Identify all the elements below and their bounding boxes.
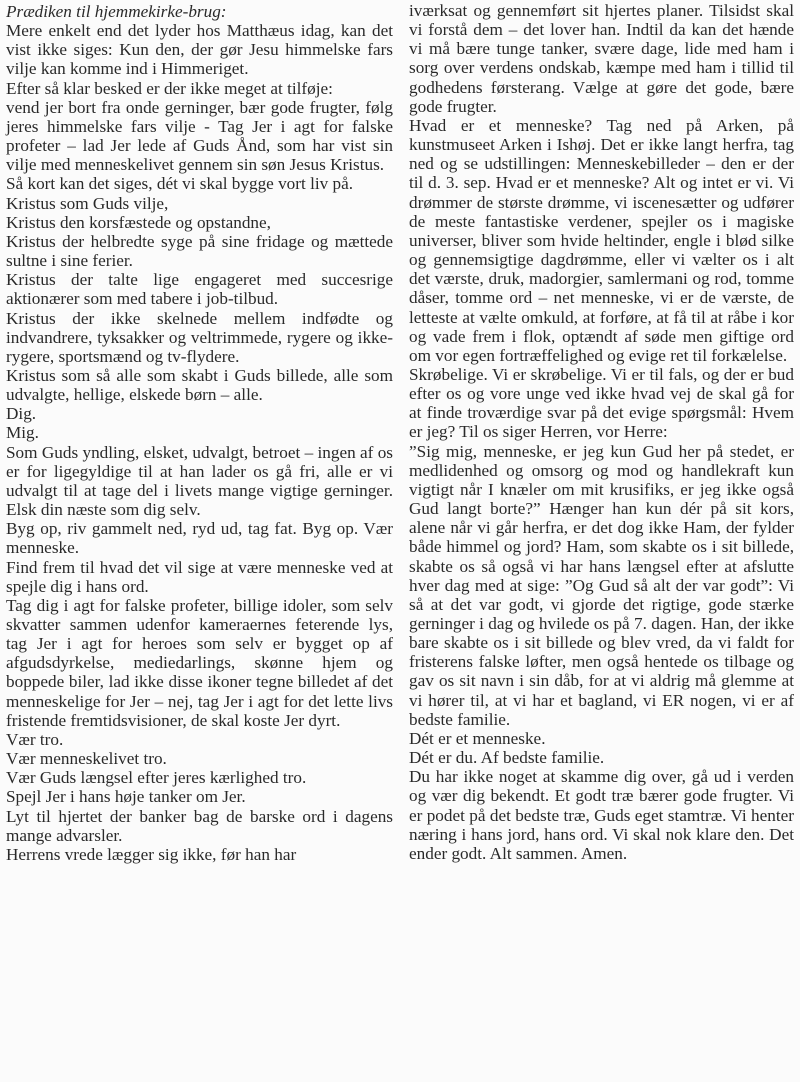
sermon-title: Prædiken til hjemmekirke-brug: [6, 2, 393, 21]
paragraph: Dig. [6, 404, 393, 423]
paragraph: Vær tro. [6, 730, 393, 749]
paragraph: Kristus den korsfæstede og opstandne, [6, 213, 393, 232]
paragraph: Lyt til hjertet der banker bag de barske… [6, 807, 393, 845]
paragraph: Hvad er et menneske? Tag ned på Arken, p… [409, 116, 794, 365]
paragraph: Vær menneskelivet tro. [6, 749, 393, 768]
paragraph: Find frem til hvad det vil sige at være … [6, 558, 393, 596]
paragraph: Mere enkelt end det lyder hos Matthæus i… [6, 21, 393, 78]
right-column: iværksat og gennemført sit hjertes plane… [409, 0, 794, 1082]
paragraph: Mig. [6, 423, 393, 442]
paragraph: Kristus der talte lige engageret med suc… [6, 270, 393, 308]
paragraph: Du har ikke noget at skamme dig over, gå… [409, 767, 794, 863]
paragraph: Dét er du. Af bedste familie. [409, 748, 794, 767]
paragraph: vend jer bort fra onde gerninger, bær go… [6, 98, 393, 175]
paragraph: Kristus som Guds vilje, [6, 194, 393, 213]
paragraph: Skrøbelige. Vi er skrøbelige. Vi er til … [409, 365, 794, 442]
paragraph: Byg op, riv gammelt ned, ryd ud, tag fat… [6, 519, 393, 557]
paragraph: Kristus der ikke skelnede mellem indfødt… [6, 309, 393, 366]
paragraph: iværksat og gennemført sit hjertes plane… [409, 1, 794, 116]
sermon-page: Prædiken til hjemmekirke-brug: Mere enke… [0, 0, 800, 1082]
paragraph: Kristus som så alle som skabt i Guds bil… [6, 366, 393, 404]
paragraph: Dét er et menneske. [409, 729, 794, 748]
paragraph: Efter så klar besked er der ikke meget a… [6, 79, 393, 98]
paragraph: Spejl Jer i hans høje tanker om Jer. [6, 787, 393, 806]
paragraph: Så kort kan det siges, dét vi skal bygge… [6, 174, 393, 193]
paragraph: Som Guds yndling, elsket, udvalgt, betro… [6, 443, 393, 520]
paragraph: ”Sig mig, menneske, er jeg kun Gud her p… [409, 442, 794, 729]
paragraph: Kristus der helbredte syge på sine frida… [6, 232, 393, 270]
paragraph: Tag dig i agt for falske profeter, billi… [6, 596, 393, 730]
left-column: Prædiken til hjemmekirke-brug: Mere enke… [6, 0, 393, 1082]
paragraph: Vær Guds længsel efter jeres kærlighed t… [6, 768, 393, 787]
paragraph: Herrens vrede lægger sig ikke, før han h… [6, 845, 393, 864]
